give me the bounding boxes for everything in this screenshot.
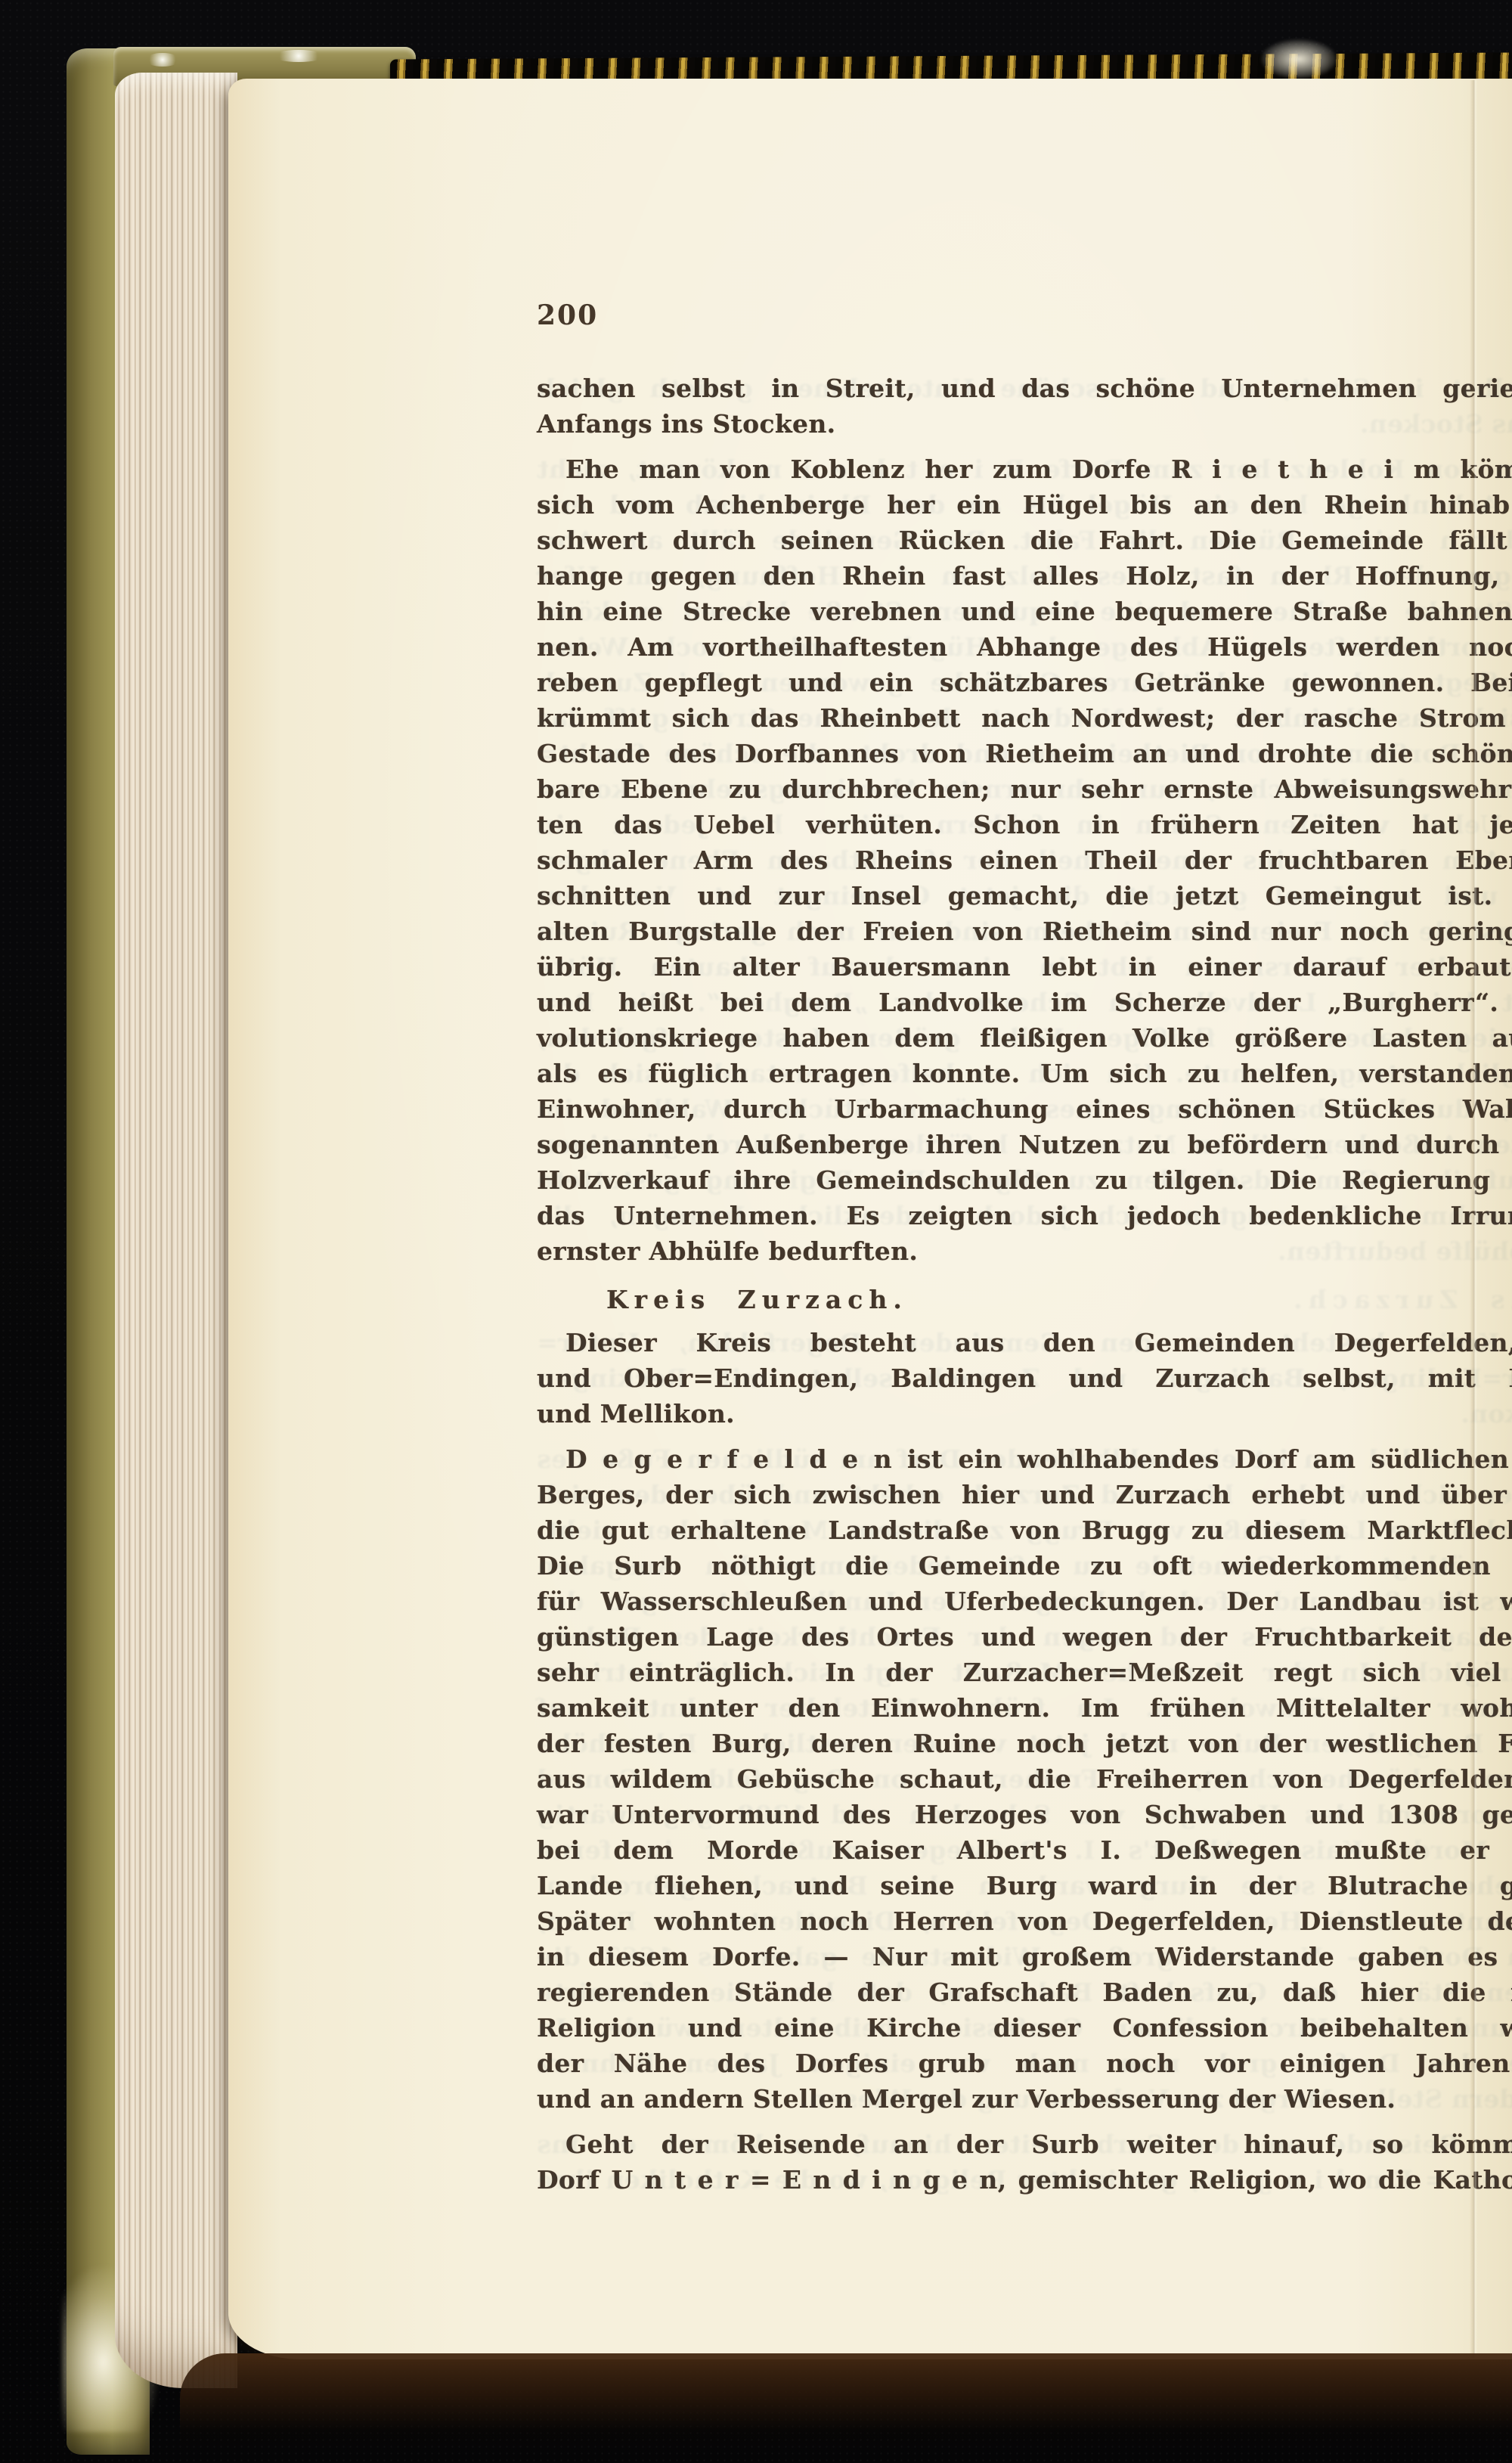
text-line: Berges, der sich zwischen hier und Zurza…: [537, 1477, 1512, 1512]
text-line: Lande fliehen, und seine Burg ward in de…: [537, 1868, 1512, 1903]
text-line: bare Ebene zu durchbrechen; nur sehr ern…: [537, 771, 1512, 807]
scanned-book-photo: 200 sachen selbst in Streit, und das sch…: [0, 0, 1512, 2463]
text-line: schmaler Arm des Rheins einen Theil der …: [537, 842, 1512, 878]
book-page: 200 sachen selbst in Streit, und das sch…: [228, 79, 1512, 2359]
text-line: ernster Abhülfe bedurften.: [537, 1233, 1512, 1269]
text-line: und Mellikon.: [537, 1396, 1512, 1432]
text-line: sachen selbst in Streit, und das schöne …: [537, 371, 1512, 406]
text-line: und heißt bei dem Landvolke im Scherze d…: [537, 985, 1512, 1020]
text-line: als es füglich ertragen konnte. Um sich …: [537, 1056, 1512, 1091]
text-line: Später wohnten noch Herren von Degerfeld…: [537, 1903, 1512, 1939]
text-line: reben gepflegt und ein schätzbares Geträ…: [537, 665, 1512, 700]
text-line: Gestade des Dorfbannes von Rietheim an u…: [537, 736, 1512, 771]
text-line: für Wasserschleußen und Uferbedeckungen.…: [537, 1584, 1512, 1619]
paragraph: D e g e r f e l d e n ist ein wohlhabend…: [537, 1441, 1512, 2117]
text-line: regierenden Stände der Grafschaft Baden …: [537, 1974, 1512, 2010]
text-line: nen. Am vortheilhaftesten Abhange des Hü…: [537, 629, 1512, 665]
text-line: übrig. Ein alter Bauersmann lebt in eine…: [537, 949, 1512, 985]
text-line: schnitten und zur Insel gemacht, die jet…: [537, 878, 1512, 914]
text-line: aus wildem Gebüsche schaut, die Freiherr…: [537, 1761, 1512, 1797]
text-line: krümmt sich das Rheinbett nach Nordwest;…: [537, 700, 1512, 736]
text-line: und an andern Stellen Mergel zur Verbess…: [537, 2081, 1512, 2117]
section-heading: Kreis Zurzach.: [537, 1282, 1512, 1317]
text-line: sogenannten Außenberge ihren Nutzen zu b…: [537, 1127, 1512, 1162]
text-line: Holzverkauf ihre Gemeindschulden zu tilg…: [537, 1162, 1512, 1198]
text-line: bei dem Morde Kaiser Albert's I. Deßwege…: [537, 1832, 1512, 1868]
text-line: Geht der Reisende an der Surb weiter hin…: [537, 2126, 1512, 2162]
text-line: D e g e r f e l d e n ist ein wohlhabend…: [537, 1441, 1512, 1477]
text-line: der festen Burg, deren Ruine noch jetzt …: [537, 1726, 1512, 1761]
text-line: der Nähe des Dorfes grub man noch vor ei…: [537, 2046, 1512, 2081]
dust-fuzz: [1261, 39, 1337, 79]
text-line: hin eine Strecke verebnen und eine beque…: [537, 594, 1512, 629]
text-line: das Unternehmen. Es zeigten sich jedoch …: [537, 1198, 1512, 1233]
text-line: Ehe man von Koblenz her zum Dorfe R i e …: [537, 451, 1512, 487]
text-line: günstigen Lage des Ortes und wegen der F…: [537, 1619, 1512, 1655]
paragraph: Dieser Kreis besteht aus den Gemeinden D…: [537, 1325, 1512, 1432]
text-line: Die Surb nöthigt die Gemeinde zu oft wie…: [537, 1548, 1512, 1584]
paragraph: Geht der Reisende an der Surb weiter hin…: [537, 2126, 1512, 2198]
paragraph: sachen selbst in Streit, und das schöne …: [537, 371, 1512, 442]
text-line: alten Burgstalle der Freien von Rietheim…: [537, 914, 1512, 949]
text-line: Dorf U n t e r = E n d i n g e n, gemisc…: [537, 2162, 1512, 2198]
text-line: und Ober=Endingen, Baldingen und Zurzach…: [537, 1360, 1512, 1396]
text-line: schwert durch seinen Rücken die Fahrt. D…: [537, 523, 1512, 558]
text-line: Dieser Kreis besteht aus den Gemeinden D…: [537, 1325, 1512, 1360]
text-line: Religion und eine Kirche dieser Confessi…: [537, 2010, 1512, 2046]
text-line: die gut erhaltene Landstraße von Brugg z…: [537, 1512, 1512, 1548]
text-line: sich vom Achenberge her ein Hügel bis an…: [537, 487, 1512, 523]
text-line: samkeit unter den Einwohnern. Im frühen …: [537, 1690, 1512, 1726]
paragraph: Ehe man von Koblenz her zum Dorfe R i e …: [537, 451, 1512, 1269]
page-stack-edge: [115, 73, 237, 2388]
text-line: volutionskriege haben dem fleißigen Volk…: [537, 1020, 1512, 1056]
text-line: Anfangs ins Stocken.: [537, 406, 1512, 442]
page-number: 200: [537, 299, 598, 331]
page-bottom-shadow: [180, 2353, 1512, 2453]
text-line: hange gegen den Rhein fast alles Holz, i…: [537, 558, 1512, 594]
text-line: Einwohner, durch Urbarmachung eines schö…: [537, 1091, 1512, 1127]
text-line: sehr einträglich. In der Zurzacher=Meßze…: [537, 1655, 1512, 1690]
text-line: in diesem Dorfe. — Nur mit großem Widers…: [537, 1939, 1512, 1974]
text-line: war Untervormund des Herzoges von Schwab…: [537, 1797, 1512, 1832]
text-line: ten das Uebel verhüten. Schon in frühern…: [537, 807, 1512, 842]
text-block: sachen selbst in Streit, und das schöne …: [537, 371, 1512, 2198]
page-fold-crease: [1470, 80, 1477, 2358]
